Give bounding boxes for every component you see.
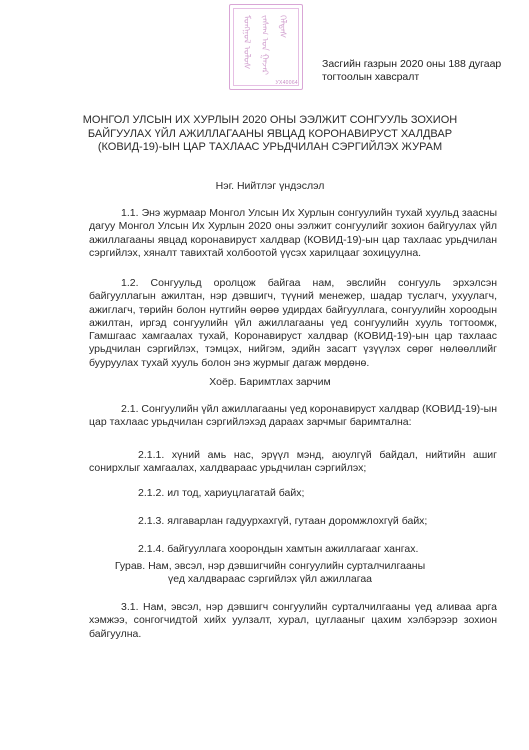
paragraph-1-2: 1.2. Сонгуульд оролцож байгаа нам, эвсли…	[89, 277, 497, 370]
attachment-note: Засгийн газрын 2020 оны 188 дугаар тогто…	[322, 58, 527, 84]
title-line: МОНГОЛ УЛСЫН ИХ ХУРЛЫН 2020 ОНЫ ЭЭЛЖИТ С…	[60, 114, 480, 128]
stamp-script-column: ᠮᠣᠩᠭᠣᠯ ᠤᠯᠤᠰ	[242, 15, 252, 75]
subitem-2-1-3: 2.1.3. ялгаварлан гадуурхахгүй, гутаан д…	[89, 515, 497, 528]
stamp-script-column: ᠬᠡᠯᠳᠡᠰ	[278, 15, 288, 75]
section-heading-2: Хоёр. Баримтлах зарчим	[60, 376, 480, 389]
section-heading-line: Гурав. Нам, эвсэл, нэр дэвшигчийн сонгуу…	[60, 560, 480, 573]
attachment-note-line: Засгийн газрын 2020 оны 188 дугаар	[322, 58, 527, 71]
paragraph-3-1: 3.1. Нам, эвсэл, нэр дэвшигч сонгуулийн …	[89, 601, 497, 641]
subitem-2-1-4: 2.1.4. байгууллага хоорондын хамтын ажил…	[89, 543, 497, 556]
paragraph-1-1: 1.1. Энэ журмаар Монгол Улсын Их Хурлын …	[89, 207, 497, 260]
section-heading-3: Гурав. Нам, эвсэл, нэр дэвшигчийн сонгуу…	[60, 560, 480, 586]
official-stamp: ᠮᠣᠩᠭᠣᠯ ᠤᠯᠤᠰ ᠵᠠᠰᠠᠭ ᠤᠨ ᠭᠠᠵᠠᠷ ᠬᠡᠯᠳᠡᠰ УХ4006…	[229, 4, 303, 90]
stamp-script-column: ᠵᠠᠰᠠᠭ ᠤᠨ ᠭᠠᠵᠠᠷ	[260, 15, 270, 75]
attachment-note-line: тогтоолын хавсралт	[322, 71, 527, 84]
subitem-2-1-1: 2.1.1. хүний амь нас, эрүүл мэнд, аюулгү…	[89, 449, 497, 476]
title-line: БАЙГУУЛАХ ҮЙЛ АЖИЛЛАГААНЫ ЯВЦАД КОРОНАВИ…	[60, 128, 480, 142]
paragraph-2-1: 2.1. Сонгуулийн үйл ажиллагааны үед коро…	[89, 403, 497, 430]
title-line: (КОВИД-19)-ЫН ЦАР ТАХЛААС УРЬДЧИЛАН СЭРГ…	[60, 141, 480, 155]
subitem-2-1-2: 2.1.2. ил тод, хариуцлагатай байх;	[89, 487, 497, 500]
section-heading-line: үед халдвараас сэргийлэх үйл ажиллагаа	[60, 573, 480, 586]
section-heading-1: Нэг. Нийтлэг үндэслэл	[60, 180, 480, 193]
stamp-code: УХ40064	[275, 80, 298, 86]
document-title: МОНГОЛ УЛСЫН ИХ ХУРЛЫН 2020 ОНЫ ЭЭЛЖИТ С…	[60, 114, 480, 155]
